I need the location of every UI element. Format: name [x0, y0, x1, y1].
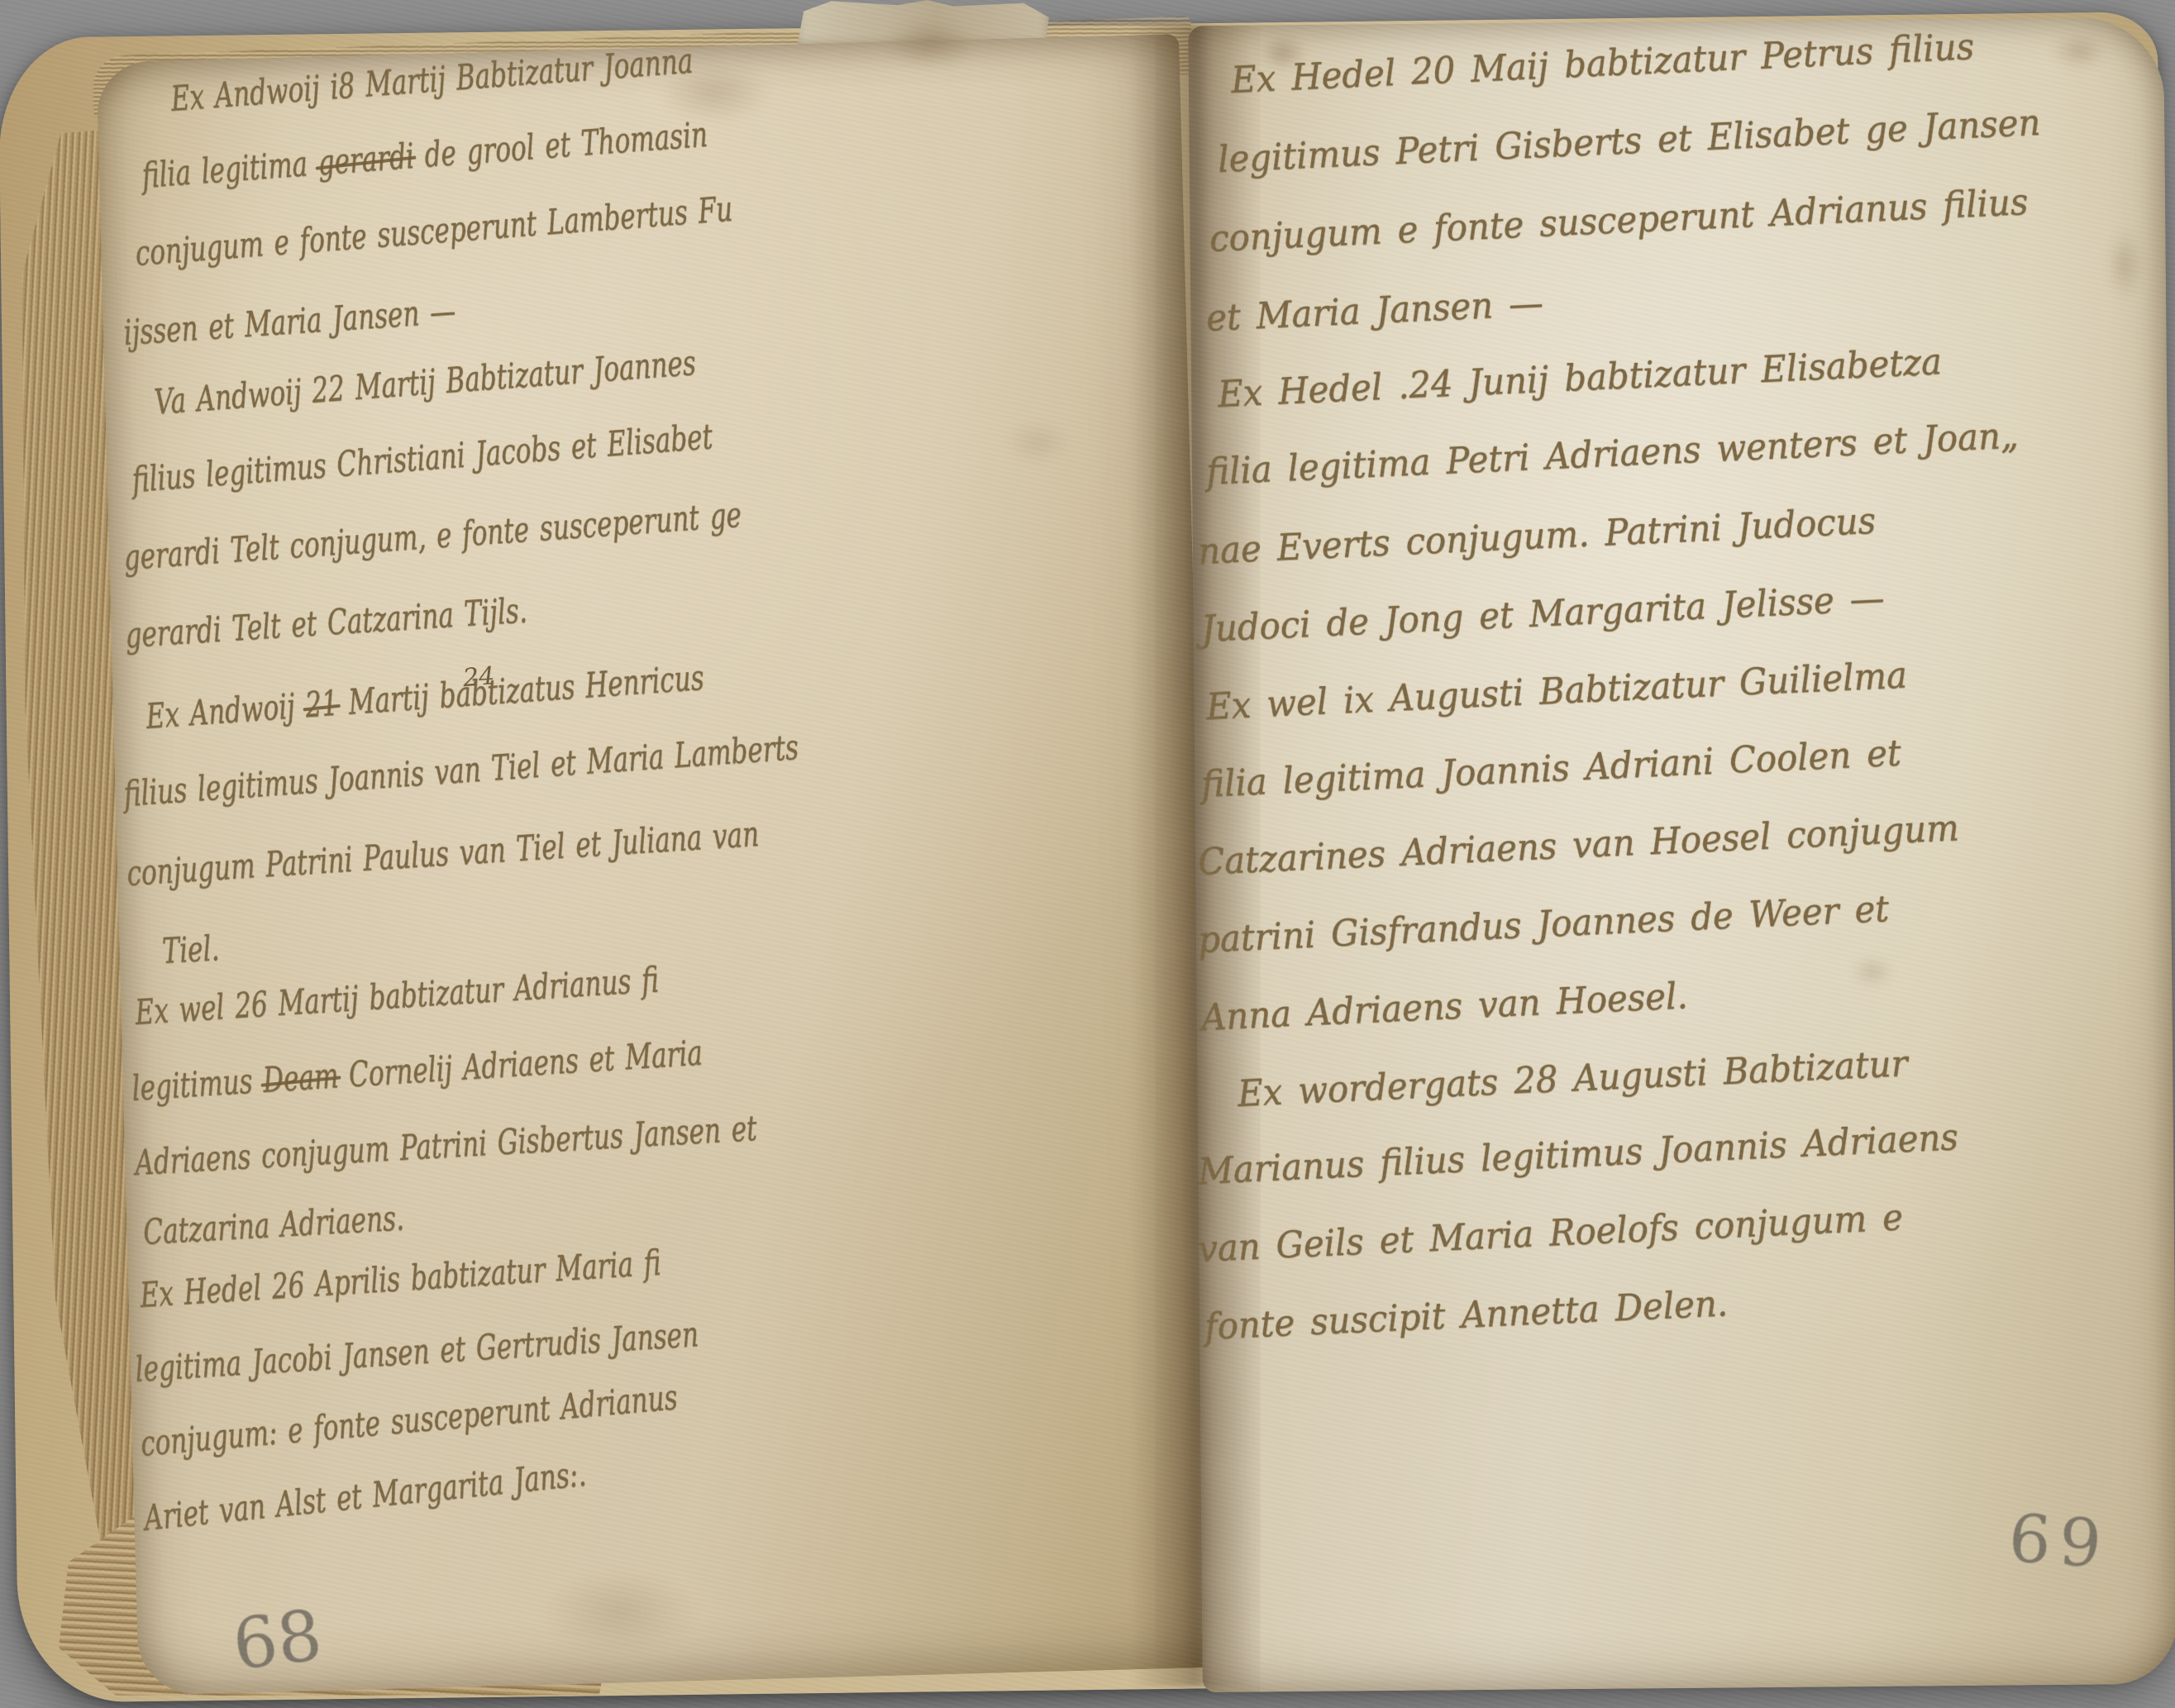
manuscript-photo: Ex Andwoij i8 Martij Babtizatur Joannafi… [0, 0, 2175, 1708]
gutter-shadow [1131, 25, 1255, 1687]
right-page [1188, 17, 2175, 1692]
superscript-correction: 24 [462, 662, 496, 694]
page-number-left: 68 [228, 1595, 326, 1686]
page-number-right: 69 [2006, 1500, 2112, 1583]
left-page [96, 34, 1221, 1696]
